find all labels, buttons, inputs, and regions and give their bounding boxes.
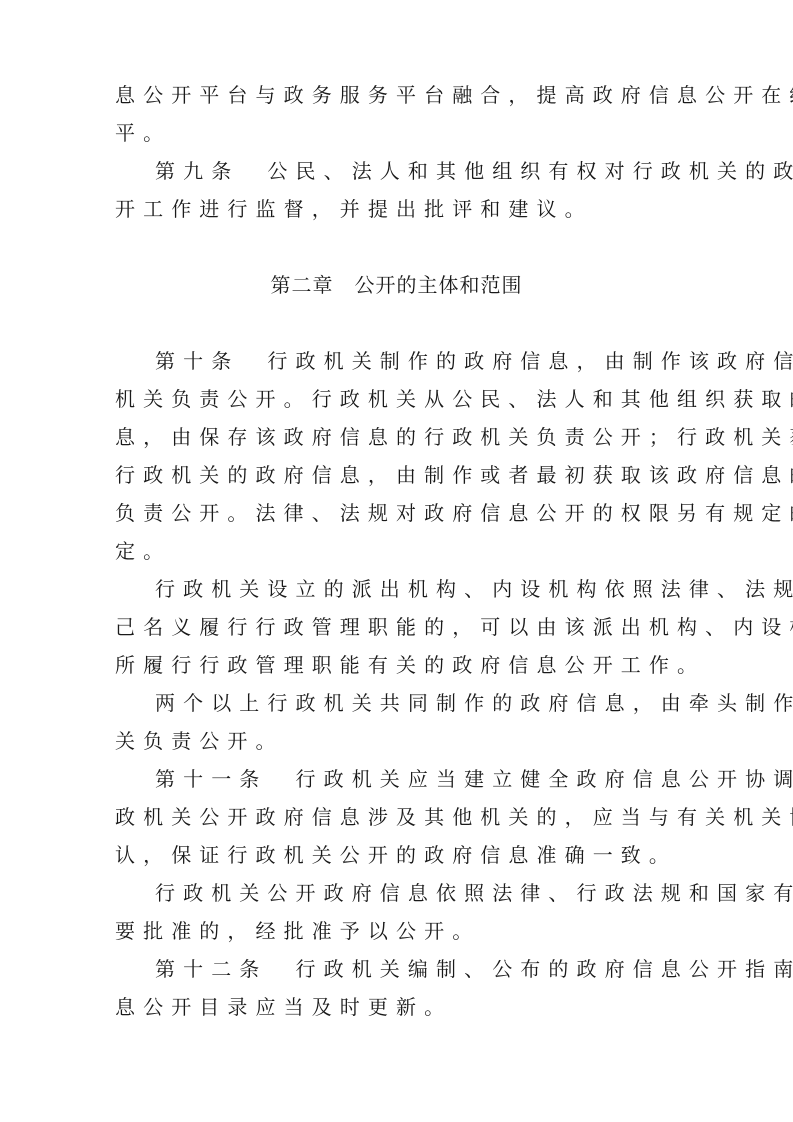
paragraph-line: 要批准的，经批准予以公开。: [115, 919, 480, 943]
paragraph-line: 行政机关公开政府信息依照法律、行政法规和国家有关规定需: [155, 881, 793, 905]
paragraph-line: 负责公开。法律、法规对政府信息公开的权限另有规定的，从其规: [115, 501, 793, 525]
paragraph-line: 开工作进行监督，并提出批评和建议。: [115, 197, 593, 221]
paragraph-line: 认，保证行政机关公开的政府信息准确一致。: [115, 843, 677, 867]
paragraph-line: 己名义履行行政管理职能的，可以由该派出机构、内设机构负责与: [115, 615, 793, 639]
paragraph-line: 息公开目录应当及时更新。: [115, 995, 452, 1019]
paragraph-line: 政机关公开政府信息涉及其他机关的，应当与有关机关协商、确: [115, 805, 793, 829]
article-11-line: 第十一条 行政机关应当建立健全政府信息公开协调机制。行: [155, 767, 793, 791]
document-page: 息公开平台与政务服务平台融合，提高政府信息公开在线办理水 平。 第九条 公民、法…: [0, 0, 793, 1122]
paragraph-line: 所履行行政管理职能有关的政府信息公开工作。: [115, 653, 705, 677]
paragraph-line: 机关负责公开。行政机关从公民、法人和其他组织获取的政府信: [115, 387, 793, 411]
paragraph-line: 行政机关设立的派出机构、内设机构依照法律、法规对外以自: [155, 577, 793, 601]
paragraph-line: 行政机关的政府信息，由制作或者最初获取该政府信息的行政机关: [115, 463, 793, 487]
paragraph-line: 两个以上行政机关共同制作的政府信息，由牵头制作的行政机: [155, 691, 793, 715]
paragraph-line: 息公开平台与政务服务平台融合，提高政府信息公开在线办理水: [115, 83, 793, 107]
paragraph-line: 关负责公开。: [115, 729, 284, 753]
article-12-line: 第十二条 行政机关编制、公布的政府信息公开指南和政府信: [155, 957, 793, 981]
paragraph-line: 定。: [115, 539, 171, 563]
article-9-line: 第九条 公民、法人和其他组织有权对行政机关的政府信息公: [155, 159, 793, 183]
article-10-line: 第十条 行政机关制作的政府信息，由制作该政府信息的行政: [155, 349, 793, 373]
paragraph-line: 平。: [115, 121, 171, 145]
chapter-heading: 第二章 公开的主体和范围: [0, 273, 793, 297]
paragraph-line: 息，由保存该政府信息的行政机关负责公开；行政机关获取的其他: [115, 425, 793, 449]
